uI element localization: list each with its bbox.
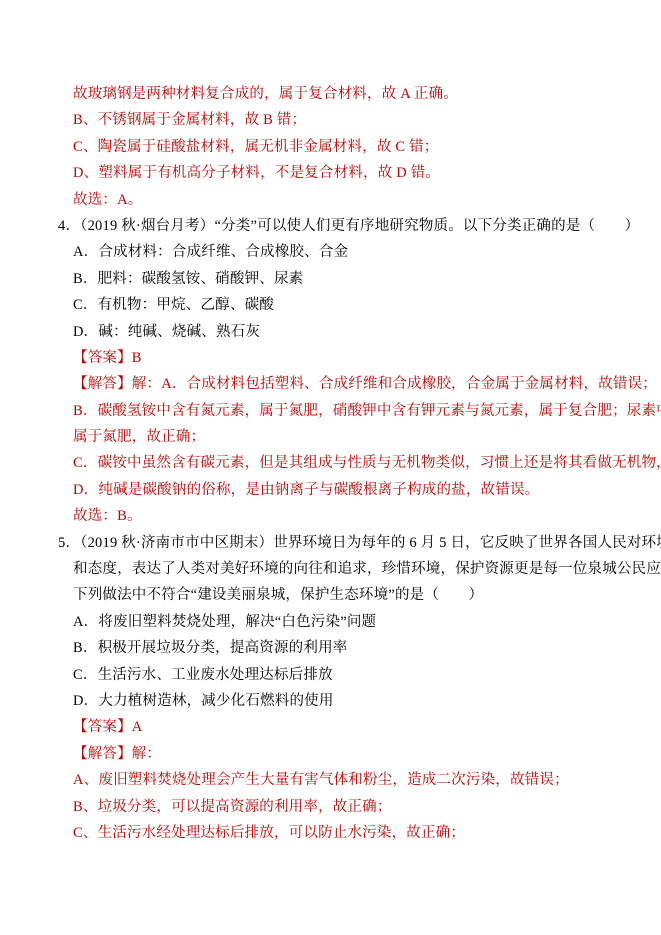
text-line: 【答案】B [0,345,661,371]
question-5: 5．（2019 秋·济南市市中区期末）世界环境日为每年的 6 月 5 日，它反映… [0,530,661,847]
text-line: C．有机物：甲烷、乙醇、碳酸 [0,292,661,318]
text-line: 和态度，表达了人类对美好环境的向往和追求，珍惜环境，保护资源更是每一位泉城公民应… [0,556,661,582]
question-4: 4．（2019 秋·烟台月考）“分类”可以使人们更有序地研究物质。以下分类正确的… [0,213,661,530]
text-line: A．合成材料：合成纤维、合成橡胶、合金 [0,239,661,265]
text-line: 故选：B。 [0,503,661,529]
text-line: B．肥料：碳酸氢铵、硝酸钾、尿素 [0,266,661,292]
text-line: B．积极开展垃圾分类，提高资源的利用率 [0,635,661,661]
text-line: 故玻璃钢是两种材料复合成的，属于复合材料，故 A 正确。 [0,81,661,107]
text-line: A．将废旧塑料焚烧处理，解决“白色污染”问题 [0,609,661,635]
text-line: C、生活污水经处理达标后排放，可以防止水污染，故正确； [0,820,661,846]
text-line: D．纯碱是碳酸钠的俗称，是由钠离子与碳酸根离子构成的盐，故错误。 [0,477,661,503]
text-line: B、垃圾分类，可以提高资源的利用率，故正确； [0,794,661,820]
text-line: 【答案】A [0,714,661,740]
text-line: 【解答】解：A．合成材料包括塑料、合成纤维和合成橡胶，合金属于金属材料，故错误； [0,371,661,397]
text-line: 下列做法中不符合“建设美丽泉城，保护生态环境”的是（ ） [0,582,661,608]
text-line: D．碱：纯碱、烧碱、熟石灰 [0,319,661,345]
document-content: 故玻璃钢是两种材料复合成的，属于复合材料，故 A 正确。B、不锈钢属于金属材料，… [0,81,661,846]
text-line: C．生活污水、工业废水处理达标后排放 [0,662,661,688]
text-line: C、陶瓷属于硅酸盐材料，属无机非金属材料，故 C 错； [0,134,661,160]
text-line: B．碳酸氢铵中含有氮元素，属于氮肥，硝酸钾中含有钾元素与氮元素，属于复合肥；尿素… [0,398,661,424]
text-line: A、废旧塑料焚烧处理会产生大量有害气体和粉尘，造成二次污染，故错误； [0,767,661,793]
text-line: D．大力植树造林，减少化石燃料的使用 [0,688,661,714]
text-line: D、塑料属于有机高分子材料，不是复合材料，故 D 错。 [0,160,661,186]
text-line: 4．（2019 秋·烟台月考）“分类”可以使人们更有序地研究物质。以下分类正确的… [0,213,661,239]
question-3-analysis: 故玻璃钢是两种材料复合成的，属于复合材料，故 A 正确。B、不锈钢属于金属材料，… [0,81,661,213]
text-line: C．碳铵中虽然含有碳元素，但是其组成与性质与无机物类似，习惯上还是将其看做无机物… [0,450,661,476]
text-line: 【解答】解： [0,741,661,767]
text-line: B、不锈钢属于金属材料，故 B 错； [0,107,661,133]
text-line: 属于氮肥，故正确； [0,424,661,450]
document-page: 故玻璃钢是两种材料复合成的，属于复合材料，故 A 正确。B、不锈钢属于金属材料，… [0,0,661,935]
text-line: 5．（2019 秋·济南市市中区期末）世界环境日为每年的 6 月 5 日，它反映… [0,530,661,556]
text-line: 故选：A。 [0,187,661,213]
